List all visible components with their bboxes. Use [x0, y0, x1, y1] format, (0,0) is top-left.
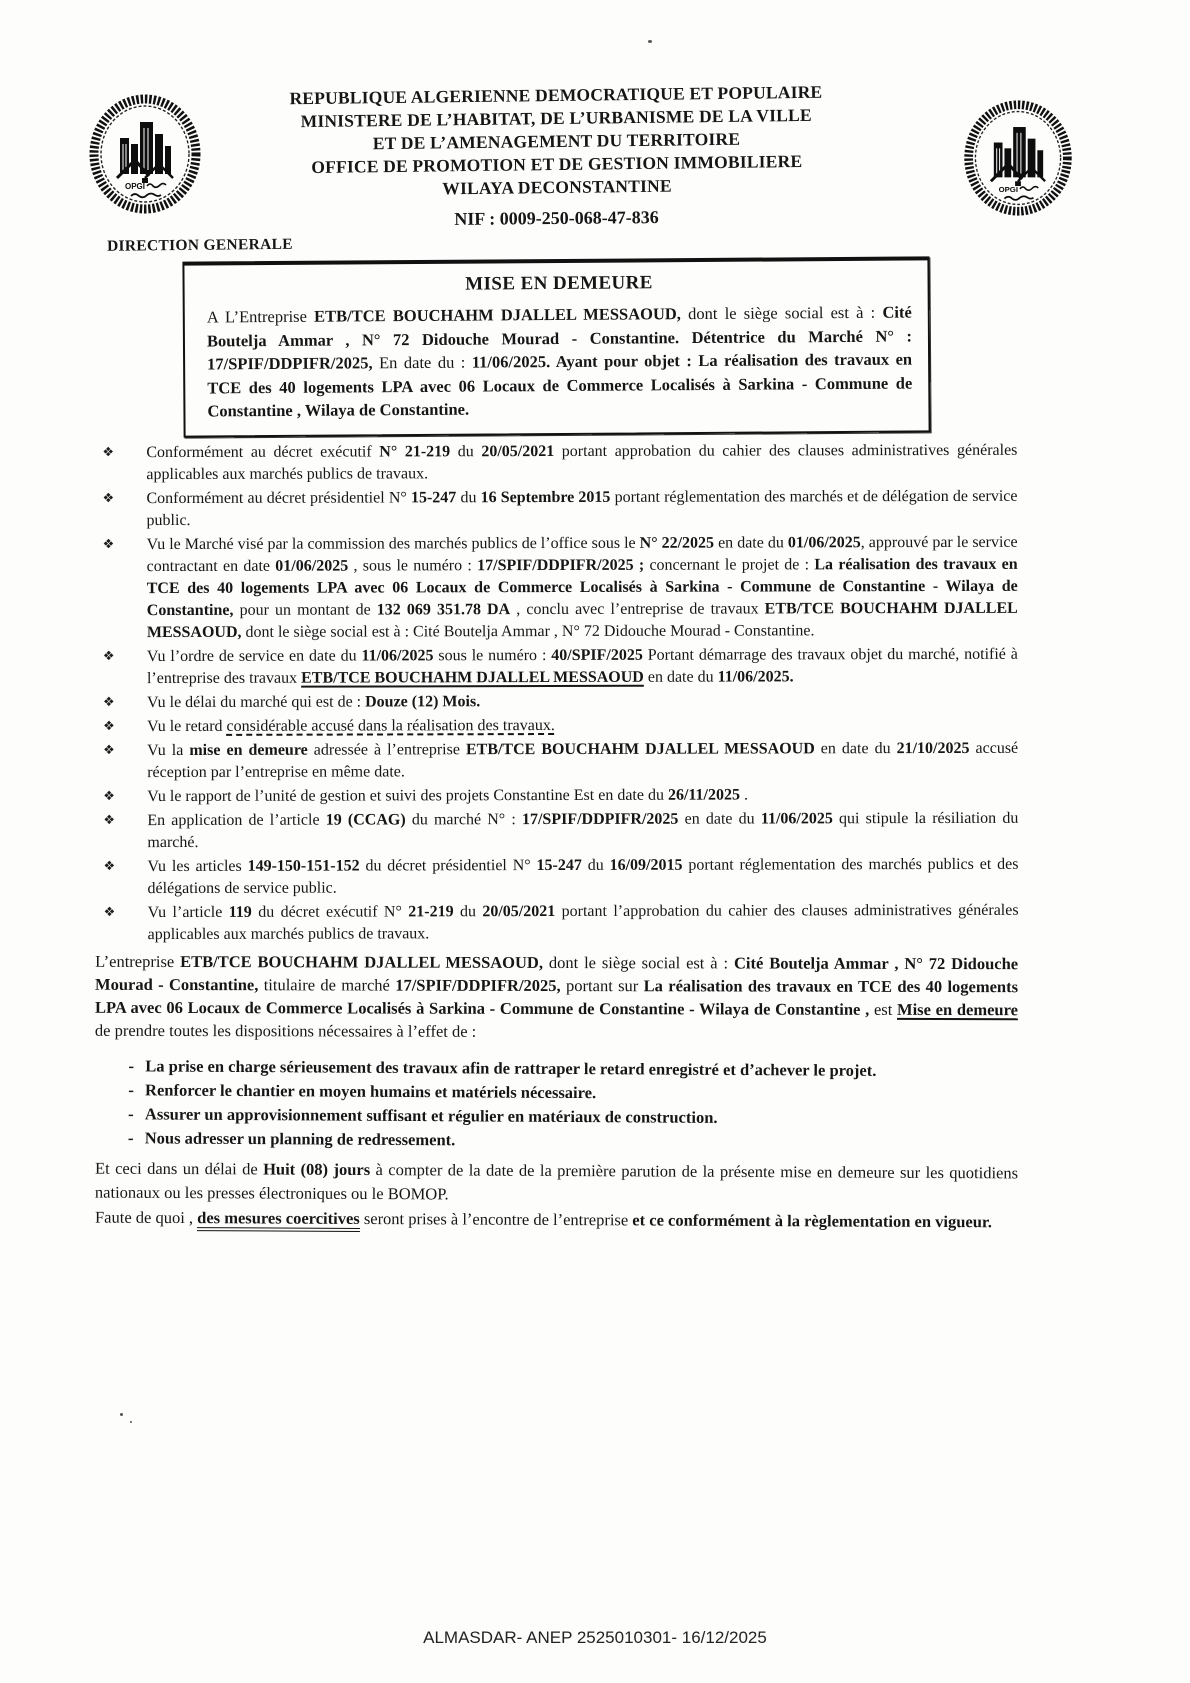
- text-segment: en date du: [644, 668, 718, 685]
- list-marker-icon: ❖: [95, 646, 147, 668]
- list-marker-icon: ❖: [95, 810, 147, 832]
- text-segment: considérable accusé dans la réalisation …: [227, 717, 555, 735]
- text-segment: N° 21-219: [379, 443, 450, 460]
- text-segment: 132 069 351.78 DA: [377, 601, 510, 618]
- text-segment: Conformément au décret exécutif: [146, 443, 379, 461]
- text-segment: sous le numéro :: [433, 647, 551, 664]
- list-item-text: Vu le Marché visé par la commission des …: [147, 531, 1018, 643]
- text-segment: et ce conformément à la règlementation e…: [632, 1210, 992, 1231]
- list-marker-icon: ❖: [95, 692, 147, 714]
- legal-clause-item: ❖Vu les articles 149-150-151-152 du décr…: [95, 853, 1018, 901]
- text-segment: 26/11/2025: [668, 786, 740, 803]
- measure-item: -Nous adresser un planning de redresseme…: [117, 1126, 1018, 1156]
- list-marker-icon: ❖: [94, 488, 146, 510]
- text-segment: Vu les articles: [147, 857, 247, 874]
- notice-title: MISE EN DEMEURE: [206, 271, 911, 298]
- text-segment: en date du: [714, 534, 788, 551]
- legal-clause-item: ❖Vu l’article 119 du décret exécutif N° …: [96, 899, 1019, 947]
- text-segment: Vu l’article: [148, 903, 229, 920]
- list-marker-icon: -: [117, 1126, 145, 1150]
- text-segment: du décret exécutif N°: [252, 903, 408, 920]
- text-segment: du: [456, 489, 480, 506]
- text-segment: 19 (CCAG): [326, 811, 406, 828]
- list-item-text: Nous adresser un planning de redressemen…: [145, 1126, 1018, 1155]
- text-segment: Conformément au décret présidentiel N°: [146, 489, 411, 507]
- text-segment: Huit (08) jours: [263, 1159, 370, 1179]
- text-segment: 15-247: [411, 489, 456, 506]
- text-segment: 01/06/2025: [788, 534, 861, 551]
- text-segment: 11/06/2025.: [718, 668, 794, 685]
- text-segment: titulaire de marché: [258, 975, 395, 994]
- list-marker-icon: ❖: [95, 534, 147, 556]
- legal-clause-item: ❖Vu l’ordre de service en date du 11/06/…: [95, 643, 1018, 691]
- list-item-text: Vu l’ordre de service en date du 11/06/2…: [147, 643, 1018, 689]
- text-segment: , sous le numéro :: [348, 557, 477, 574]
- text-segment: Vu l’ordre de service en date du: [147, 647, 362, 665]
- text-segment: 119: [229, 903, 252, 920]
- scan-speck: [130, 1421, 132, 1423]
- list-item-text: Vu le délai du marché qui est de : Douze…: [147, 689, 1018, 713]
- text-segment: Vu le Marché visé par la commission des …: [147, 534, 640, 552]
- text-segment: en date du: [815, 740, 897, 757]
- text-segment: pour un montant de: [233, 601, 376, 618]
- text-segment: 16/09/2015: [610, 856, 683, 873]
- text-segment: En date du :: [373, 353, 472, 373]
- legal-clause-item: ❖Vu le rapport de l’unité de gestion et …: [95, 783, 1018, 809]
- list-item-text: Vu les articles 149-150-151-152 du décre…: [147, 853, 1018, 899]
- scan-speck: [648, 40, 652, 43]
- text-segment: est: [869, 999, 897, 1018]
- text-segment: Faute de quoi ,: [95, 1207, 197, 1227]
- text-segment: 11/06/2025: [361, 647, 433, 664]
- scanned-document-page: OPGI: [0, 0, 1190, 1683]
- text-segment: 17/SPIF/DDPIFR/2025,: [395, 975, 561, 994]
- text-segment: .: [740, 786, 748, 803]
- text-segment: 11/06/2025: [761, 810, 833, 827]
- text-segment: dont le siège social est à :: [681, 303, 883, 323]
- list-item-text: Vu la mise en demeure adressée à l’entre…: [147, 737, 1018, 783]
- list-item-text: Conformément au décret présidentiel N° 1…: [146, 485, 1017, 531]
- legal-clause-item: ❖En application de l’article 19 (CCAG) d…: [95, 807, 1018, 855]
- text-segment: seront prises à l’encontre de l’entrepri…: [360, 1208, 633, 1228]
- text-segment: 15-247: [537, 856, 582, 873]
- text-segment: Vu le retard: [147, 717, 226, 734]
- text-segment: du marché N° :: [406, 811, 522, 828]
- text-segment: dont le siège social est à :: [543, 952, 734, 972]
- list-marker-icon: ❖: [95, 856, 147, 878]
- text-segment: Vu la: [147, 741, 189, 758]
- direction-generale-label: DIRECTION GENERALE: [107, 228, 1018, 256]
- text-segment: des mesures coercitives: [197, 1208, 360, 1232]
- closing-paragraph: L’entreprise ETB/TCE BOUCHAHM DJALLEL ME…: [95, 949, 1018, 1043]
- text-segment: 17/SPIF/DDPIFR/2025: [522, 810, 678, 827]
- text-segment: du décret présidentiel N°: [360, 857, 537, 874]
- text-segment: 149-150-151-152: [248, 857, 360, 874]
- text-segment: 21-219: [408, 903, 453, 920]
- text-segment: 21/10/2025: [897, 739, 970, 756]
- text-segment: ETB/TCE BOUCHAHM DJALLEL MESSAOUD,: [180, 952, 543, 972]
- text-segment: mise en demeure: [189, 741, 307, 758]
- text-segment: 20/05/2021: [481, 443, 554, 460]
- official-header-lines: REPUBLIQUE ALGERIENNE DEMOCRATIQUE ET PO…: [94, 78, 1018, 204]
- text-segment: Vu le rapport de l’unité de gestion et s…: [147, 786, 668, 804]
- nif-number: NIF : 0009-250-068-47-836: [95, 204, 1018, 233]
- text-segment: du: [454, 903, 483, 920]
- text-segment: concernant le projet de :: [644, 556, 814, 573]
- list-marker-icon: ❖: [95, 716, 147, 738]
- text-segment: L’entreprise: [95, 951, 180, 970]
- text-segment: du: [450, 443, 481, 460]
- text-segment: ETB/TCE BOUCHAHM DJALLEL MESSAOUD: [301, 668, 644, 686]
- text-segment: portant sur: [561, 976, 644, 995]
- required-measures-list: -La prise en charge sérieusement des tra…: [117, 1054, 1019, 1156]
- text-segment: ETB/TCE BOUCHAHM DJALLEL MESSAOUD,: [314, 304, 681, 326]
- text-segment: Vu le délai du marché qui est de :: [147, 693, 365, 711]
- document-header: OPGI: [95, 84, 1018, 251]
- text-segment: , conclu avec l’entreprise de travaux: [510, 600, 765, 618]
- notice-body: A L’Entreprise ETB/TCE BOUCHAHM DJALLEL …: [207, 301, 913, 423]
- legal-clause-item: ❖Vu la mise en demeure adressée à l’entr…: [95, 737, 1018, 785]
- list-marker-icon: ❖: [95, 786, 147, 808]
- text-segment: 20/05/2021: [482, 903, 555, 920]
- text-segment: 40/SPIF/2025: [551, 646, 643, 663]
- text-segment: N° 22/2025: [640, 534, 714, 551]
- text-segment: A L’Entreprise: [207, 307, 314, 327]
- text-segment: 16 Septembre 2015: [481, 488, 611, 505]
- list-marker-icon: -: [117, 1078, 145, 1102]
- text-segment: de prendre toutes les dispositions néces…: [95, 1020, 476, 1040]
- text-segment: 01/06/2025: [275, 557, 348, 574]
- list-marker-icon: ❖: [94, 442, 146, 464]
- list-item-text: Vu le rapport de l’unité de gestion et s…: [147, 783, 1018, 807]
- text-segment: dont le siège social est à : Cité Boutel…: [242, 622, 815, 640]
- legal-clause-item: ❖Conformément au décret présidentiel N° …: [94, 485, 1017, 533]
- scan-speck: [120, 1413, 123, 1416]
- legal-clause-item: ❖Vu le délai du marché qui est de : Douz…: [95, 689, 1018, 715]
- text-segment: en date du: [678, 810, 760, 827]
- list-marker-icon: ❖: [95, 740, 147, 762]
- document-content: OPGI: [0, 0, 1190, 1231]
- publication-footer: ALMASDAR- ANEP 2525010301- 16/12/2025: [0, 1628, 1190, 1648]
- legal-clause-item: ❖Conformément au décret exécutif N° 21-2…: [94, 439, 1017, 487]
- legal-clauses-list: ❖Conformément au décret exécutif N° 21-2…: [94, 439, 1018, 947]
- list-item-text: Vu l’article 119 du décret exécutif N° 2…: [148, 899, 1019, 945]
- text-segment: En application de l’article: [147, 811, 325, 828]
- list-item-text: En application de l’article 19 (CCAG) du…: [147, 807, 1018, 853]
- text-segment: du: [582, 856, 610, 873]
- list-item-text: Conformément au décret exécutif N° 21-21…: [146, 439, 1017, 485]
- list-marker-icon: ❖: [96, 902, 148, 924]
- text-segment: ETB/TCE BOUCHAHM DJALLEL MESSAOUD: [466, 740, 815, 758]
- final-warning-paragraph: Faute de quoi , des mesures coercitives …: [95, 1205, 1018, 1233]
- legal-clause-item: ❖Vu le retard considérable accusé dans l…: [95, 713, 1018, 739]
- delay-paragraph: Et ceci dans un délai de Huit (08) jours…: [95, 1156, 1018, 1208]
- list-marker-icon: -: [117, 1054, 145, 1078]
- list-item-text: Vu le retard considérable accusé dans la…: [147, 713, 1018, 737]
- text-segment: Mise en demeure: [897, 999, 1018, 1018]
- text-segment: adressée à l’entreprise: [308, 741, 466, 758]
- text-segment: Douze (12) Mois.: [365, 693, 480, 710]
- text-segment: Et ceci dans un délai de: [95, 1158, 263, 1178]
- legal-clause-item: ❖Vu le Marché visé par la commission des…: [95, 531, 1018, 645]
- list-marker-icon: -: [117, 1102, 145, 1126]
- mise-en-demeure-box: MISE EN DEMEURE A L’Entreprise ETB/TCE B…: [182, 256, 930, 437]
- text-segment: 17/SPIF/DDPIFR/2025 ;: [477, 556, 644, 573]
